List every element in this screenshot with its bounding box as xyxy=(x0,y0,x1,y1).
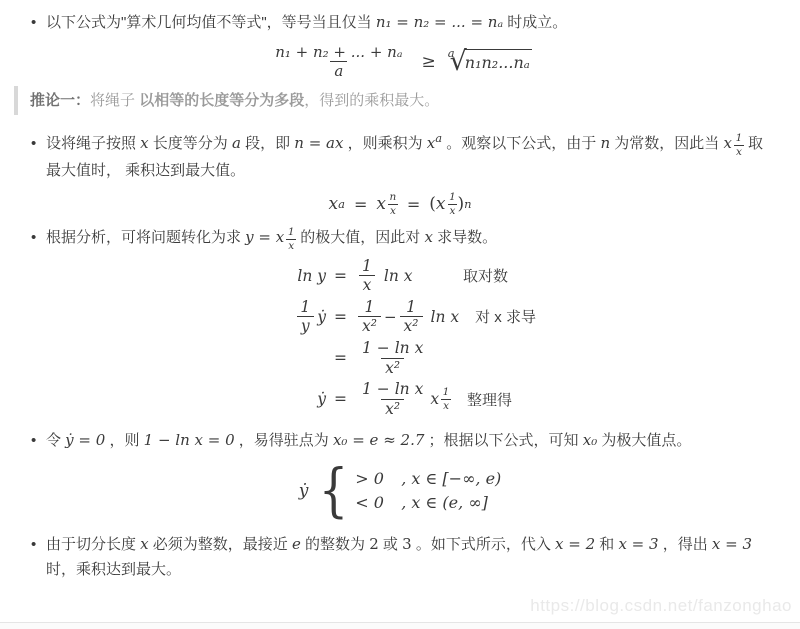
case-row: > 0, x ∈ [−∞, e) xyxy=(355,469,501,488)
math-run: x xyxy=(723,134,731,152)
fraction-numerator: 1 xyxy=(358,257,376,276)
equation-row-differentiate: 1y ẏ = 1x² − 1x² ln x 对 x 求导 xyxy=(238,298,800,336)
equation-lhs: 1y ẏ xyxy=(238,298,326,336)
exponent-numerator: 1 xyxy=(736,132,743,145)
step-label: 整理得 xyxy=(467,389,512,410)
math-run: 3 xyxy=(402,535,412,553)
quote-text: 将绳子 xyxy=(90,92,139,109)
math-run: e xyxy=(292,535,301,553)
equals-symbol: = xyxy=(334,390,347,408)
math-run: a xyxy=(232,134,241,152)
exponent-fraction: nx xyxy=(388,191,398,217)
bottom-divider xyxy=(0,622,800,629)
exponent-numerator: 1 xyxy=(443,386,450,399)
radical-index: a xyxy=(448,46,455,60)
equation-rhs: 1x ln x xyxy=(355,257,447,295)
exponent-denominator: x xyxy=(388,204,398,218)
fraction-denominator: y xyxy=(297,316,314,336)
derivation-block: ln y = 1x ln x 取对数 1y ẏ = 1x² − 1x² ln x… xyxy=(238,257,800,419)
equals-symbol: = xyxy=(354,195,367,214)
text-run: 为极大值点。 xyxy=(597,432,691,449)
exponent-fraction: 1x xyxy=(448,191,458,217)
text-run: 。如下式所示，代入 xyxy=(412,536,555,553)
text-run: ，则 xyxy=(105,432,143,449)
fraction-numerator: 1 − ln x xyxy=(358,339,427,358)
equation-row-result: ẏ = 1 − ln xx² x1x 整理得 xyxy=(238,380,800,418)
math-run: x = 2 xyxy=(555,535,595,553)
text-run: 令 xyxy=(46,432,65,449)
fraction: 1y xyxy=(296,298,314,336)
math-run: x = 3 xyxy=(618,535,658,553)
math-run: ln y xyxy=(297,267,326,285)
fraction-numerator: 1 xyxy=(296,298,314,317)
formula-piecewise-sign: ẏ { > 0, x ∈ [−∞, e) < 0, x ∈ (e, ∞] xyxy=(0,463,800,518)
exponent-denominator: x xyxy=(448,204,458,218)
math-run: x xyxy=(376,194,386,214)
equals-symbol: = xyxy=(334,349,347,367)
quote-text: ，得到的乘积最大。 xyxy=(304,92,439,109)
math-run: ẏ xyxy=(317,308,326,326)
text-run: 为常数，因此当 xyxy=(610,135,723,152)
text-run: ，易得驻点为 xyxy=(235,432,333,449)
fraction: 1x xyxy=(358,257,376,295)
equation-lhs: ẏ xyxy=(238,390,326,408)
fraction-numerator: 1 xyxy=(402,298,420,317)
exponent-denominator: x xyxy=(441,399,451,413)
equation-rhs: 1x² − 1x² ln x xyxy=(355,298,459,336)
math-run: ẏ xyxy=(317,390,326,408)
bullet-rope-setup: 设将绳子按照 x 长度等分为 a 段，即 n = ax ，则乘积为 xa 。观察… xyxy=(0,131,800,183)
text-run: 的极大值，因此对 xyxy=(296,229,424,246)
csdn-watermark: https://blog.csdn.net/fanzonghao xyxy=(530,596,792,616)
case-interval: , x ∈ [−∞, e) xyxy=(401,469,501,488)
exponent-numerator: 1 xyxy=(288,226,295,239)
fraction-numerator: 1 − ln x xyxy=(358,380,427,399)
step-label: 对 x 求导 xyxy=(475,306,536,327)
text-run: 求导数。 xyxy=(433,229,497,246)
equals-symbol: = xyxy=(407,195,420,214)
fraction: 1x² xyxy=(358,298,381,336)
text-run: 段，即 xyxy=(241,135,294,152)
text-run: 必须为整数，最接近 xyxy=(149,536,292,553)
math-run: n = ax xyxy=(294,134,343,152)
fraction: 1x² xyxy=(400,298,423,336)
fraction: 1 − ln xx² xyxy=(358,339,427,377)
formula-am-gm: n₁ + n₂ + ... + nₐ a ≥ a √ n₁n₂...nₐ xyxy=(0,43,800,80)
quote-label: 推论一： xyxy=(30,92,90,109)
exponent-numerator: n xyxy=(390,191,397,204)
geq-symbol: ≥ xyxy=(421,52,435,72)
equation-row-simplified: = 1 − ln xx² xyxy=(238,339,800,377)
math-run: 1 − ln x = 0 xyxy=(144,431,235,449)
math-run: n₁ = n₂ = ... = nₐ xyxy=(376,13,503,31)
case-interval: , x ∈ (e, ∞] xyxy=(401,493,488,512)
article-content: 以下公式为"算术几何均值不等式"，等号当且仅当 n₁ = n₂ = ... = … xyxy=(0,10,800,582)
fraction-numerator: n₁ + n₂ + ... + nₐ xyxy=(271,43,406,61)
math-run: x₀ xyxy=(583,431,597,449)
math-run: x xyxy=(436,194,446,214)
text-run: 设将绳子按照 xyxy=(46,135,140,152)
exponent-numerator: 1 xyxy=(449,191,456,204)
exponent-fraction: 1x xyxy=(286,226,296,252)
quote-corollary-one: 推论一：将绳子 以相等的长度等分为多段，得到的乘积最大。 xyxy=(14,86,800,115)
bullet-stationary-point: 令 ẏ = 0 ，则 1 − ln x = 0 ，易得驻点为 x₀ = e ≈ … xyxy=(0,428,800,453)
text-run: 由于切分长度 xyxy=(46,536,140,553)
math-run: ẏ xyxy=(299,481,309,501)
equation-row-log: ln y = 1x ln x 取对数 xyxy=(238,257,800,295)
fraction-denominator: x² xyxy=(358,316,381,336)
quote-bold-text: 以相等的长度等分为多段 xyxy=(139,92,304,109)
case-condition: < 0 xyxy=(355,493,401,512)
math-run: x xyxy=(430,390,439,408)
equation-lhs: ln y xyxy=(238,267,326,285)
left-paren: ( xyxy=(429,194,436,214)
math-run: x₀ = e ≈ 2.7 xyxy=(333,431,424,449)
piecewise-cases: > 0, x ∈ [−∞, e) < 0, x ∈ (e, ∞] xyxy=(355,469,501,512)
radicand: n₁n₂...nₐ xyxy=(465,49,532,72)
text-run: ，则乘积为 xyxy=(343,135,426,152)
text-run: ，得出 xyxy=(659,536,712,553)
fraction-denominator: x² xyxy=(381,358,404,378)
math-run: x xyxy=(140,134,148,152)
math-run: x xyxy=(329,194,339,214)
fraction-denominator: a xyxy=(330,61,347,80)
equation-rhs: 1 − ln xx² xyxy=(355,339,447,377)
case-condition: > 0 xyxy=(355,469,401,488)
math-run: x = 3 xyxy=(712,535,752,553)
bullet-integer-conclusion: 由于切分长度 x 必须为整数，最接近 e 的整数为 2 或 3 。如下式所示，代… xyxy=(0,532,800,582)
math-run: x xyxy=(424,228,432,246)
fraction-denominator: x² xyxy=(381,399,404,419)
equals-symbol: = xyxy=(334,267,347,285)
bullet-derivative-intro: 根据分析，可将问题转化为求 y = x1x 的极大值，因此对 x 求导数。 xyxy=(0,225,800,252)
fraction: n₁ + n₂ + ... + nₐ a xyxy=(271,43,406,80)
right-paren: ) xyxy=(457,194,464,214)
text-run: ；根据以下公式，可知 xyxy=(424,432,582,449)
formula-power-identity: xa = xnx = (x1x)n xyxy=(0,191,800,217)
step-label: 取对数 xyxy=(463,265,508,286)
fraction-denominator: x² xyxy=(400,316,423,336)
exponent-denominator: x xyxy=(286,239,296,253)
text-run: 。观察以下公式，由于 xyxy=(442,135,600,152)
math-run: y = x xyxy=(245,228,284,246)
minus-symbol: − xyxy=(384,308,397,326)
radical: a √ n₁n₂...nₐ xyxy=(448,49,532,74)
math-run: n xyxy=(600,134,610,152)
exponent-fraction: 1x xyxy=(734,132,744,158)
case-row: < 0, x ∈ (e, ∞] xyxy=(355,493,501,512)
fraction-denominator: x xyxy=(359,275,376,295)
math-run: ẏ = 0 xyxy=(65,431,105,449)
exponent-denominator: x xyxy=(734,145,744,159)
brace-icon: { xyxy=(319,463,349,518)
math-run: ln x xyxy=(431,308,460,326)
fraction: 1 − ln xx² xyxy=(358,380,427,418)
text-run: 的整数为 xyxy=(301,536,369,553)
math-run: x xyxy=(427,134,435,152)
math-run: x xyxy=(140,535,148,553)
fraction-numerator: 1 xyxy=(361,298,379,317)
math-run: ln x xyxy=(384,267,413,285)
text-run: 和 xyxy=(595,536,618,553)
exponent-fraction: 1x xyxy=(441,386,451,412)
text-run: 或 xyxy=(379,536,402,553)
text-run: 长度等分为 xyxy=(149,135,232,152)
text-run: 时成立。 xyxy=(503,14,567,31)
equation-rhs: 1 − ln xx² x1x xyxy=(355,380,451,418)
text-run: 时，乘积达到最大。 xyxy=(46,561,181,578)
math-run: 2 xyxy=(369,535,379,553)
text-run: 以下公式为"算术几何均值不等式"，等号当且仅当 xyxy=(46,14,376,31)
text-run: 根据分析，可将问题转化为求 xyxy=(46,229,245,246)
equals-symbol: = xyxy=(334,308,347,326)
bullet-agm-inequality: 以下公式为"算术几何均值不等式"，等号当且仅当 n₁ = n₂ = ... = … xyxy=(0,10,800,35)
